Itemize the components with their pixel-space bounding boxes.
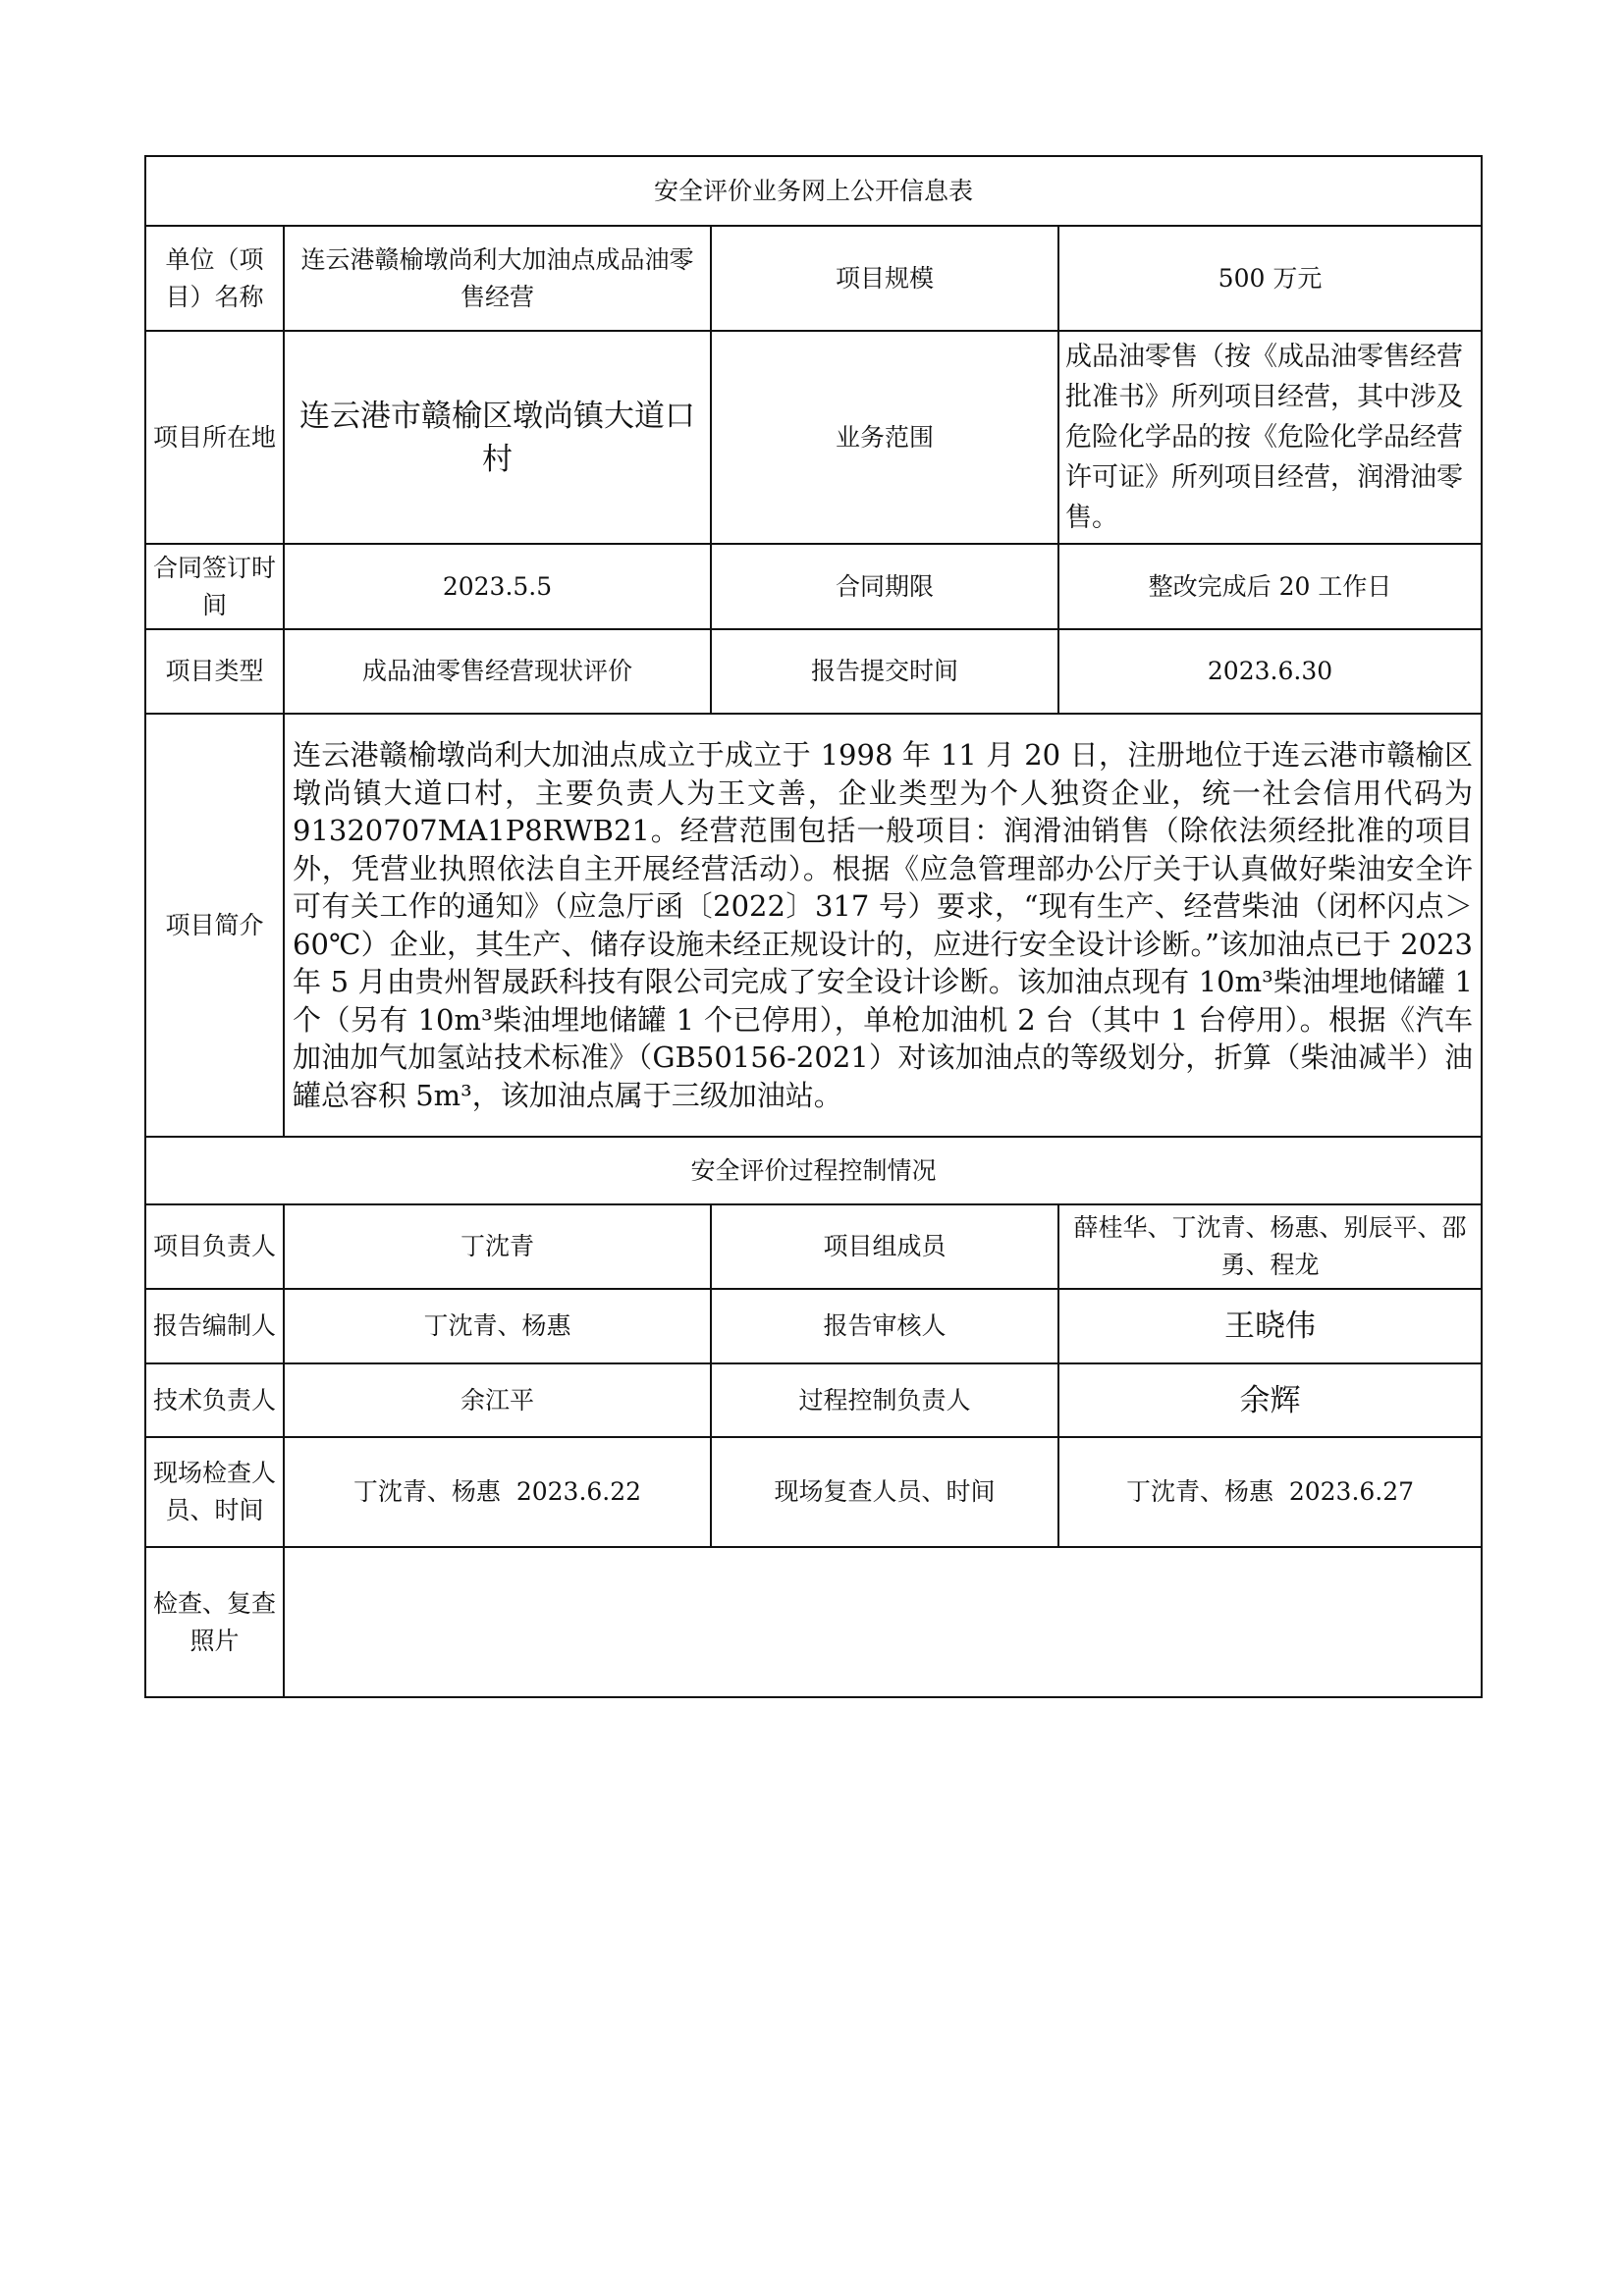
value-project-intro: 连云港赣榆墩尚利大加油点成立于成立于 1998 年 11 月 20 日，注册地位…	[284, 714, 1482, 1137]
value-project-scale: 500 万元	[1058, 226, 1482, 331]
table-row: 单位（项目）名称 连云港赣榆墩尚利大加油点成品油零售经营 项目规模 500 万元	[145, 226, 1482, 331]
table-row: 项目所在地 连云港市赣榆区墩尚镇大道口村 业务范围 成品油零售（按《成品油零售经…	[145, 331, 1482, 544]
value-contract-term: 整改完成后 20 工作日	[1058, 544, 1482, 629]
section-title: 安全评价过程控制情况	[145, 1137, 1482, 1204]
table-row: 项目负责人 丁沈青 项目组成员 薛桂华、丁沈青、杨惠、别辰平、邵勇、程龙	[145, 1204, 1482, 1289]
value-site-inspection: 丁沈青、杨惠 2023.6.22	[284, 1437, 711, 1547]
label-report-reviewer: 报告审核人	[711, 1289, 1058, 1363]
label-photos: 检查、复查照片	[145, 1547, 284, 1697]
value-business-scope: 成品油零售（按《成品油零售经营批准书》所列项目经营，其中涉及危险化学品的按《危险…	[1058, 331, 1482, 544]
value-project-lead: 丁沈青	[284, 1204, 711, 1289]
value-team-members: 薛桂华、丁沈青、杨惠、别辰平、邵勇、程龙	[1058, 1204, 1482, 1289]
label-unit-name: 单位（项目）名称	[145, 226, 284, 331]
table-title: 安全评价业务网上公开信息表	[145, 156, 1482, 226]
label-business-scope: 业务范围	[711, 331, 1058, 544]
label-report-author: 报告编制人	[145, 1289, 284, 1363]
label-location: 项目所在地	[145, 331, 284, 544]
label-contract-term: 合同期限	[711, 544, 1058, 629]
section-title-row: 安全评价过程控制情况	[145, 1137, 1482, 1204]
value-unit-name: 连云港赣榆墩尚利大加油点成品油零售经营	[284, 226, 711, 331]
label-project-scale: 项目规模	[711, 226, 1058, 331]
label-tech-lead: 技术负责人	[145, 1363, 284, 1437]
value-report-author: 丁沈青、杨惠	[284, 1289, 711, 1363]
table-row: 检查、复查照片	[145, 1547, 1482, 1697]
value-project-type: 成品油零售经营现状评价	[284, 629, 711, 714]
table-row: 项目简介 连云港赣榆墩尚利大加油点成立于成立于 1998 年 11 月 20 日…	[145, 714, 1482, 1137]
label-project-intro: 项目简介	[145, 714, 284, 1137]
table-row: 技术负责人 余江平 过程控制负责人 余辉	[145, 1363, 1482, 1437]
value-process-control-lead: 余辉	[1058, 1363, 1482, 1437]
value-tech-lead: 余江平	[284, 1363, 711, 1437]
label-process-control-lead: 过程控制负责人	[711, 1363, 1058, 1437]
label-team-members: 项目组成员	[711, 1204, 1058, 1289]
value-report-date: 2023.6.30	[1058, 629, 1482, 714]
table-row: 合同签订时间 2023.5.5 合同期限 整改完成后 20 工作日	[145, 544, 1482, 629]
value-report-reviewer: 王晓伟	[1058, 1289, 1482, 1363]
label-contract-date: 合同签订时间	[145, 544, 284, 629]
label-report-date: 报告提交时间	[711, 629, 1058, 714]
label-project-lead: 项目负责人	[145, 1204, 284, 1289]
value-contract-date: 2023.5.5	[284, 544, 711, 629]
safety-evaluation-info-table: 安全评价业务网上公开信息表 单位（项目）名称 连云港赣榆墩尚利大加油点成品油零售…	[144, 155, 1483, 1698]
label-site-recheck: 现场复查人员、时间	[711, 1437, 1058, 1547]
label-site-inspection: 现场检查人员、时间	[145, 1437, 284, 1547]
table-row: 现场检查人员、时间 丁沈青、杨惠 2023.6.22 现场复查人员、时间 丁沈青…	[145, 1437, 1482, 1547]
table-title-row: 安全评价业务网上公开信息表	[145, 156, 1482, 226]
label-project-type: 项目类型	[145, 629, 284, 714]
value-site-recheck: 丁沈青、杨惠 2023.6.27	[1058, 1437, 1482, 1547]
value-location: 连云港市赣榆区墩尚镇大道口村	[284, 331, 711, 544]
table-row: 项目类型 成品油零售经营现状评价 报告提交时间 2023.6.30	[145, 629, 1482, 714]
table-row: 报告编制人 丁沈青、杨惠 报告审核人 王晓伟	[145, 1289, 1482, 1363]
value-photos	[284, 1547, 1482, 1697]
